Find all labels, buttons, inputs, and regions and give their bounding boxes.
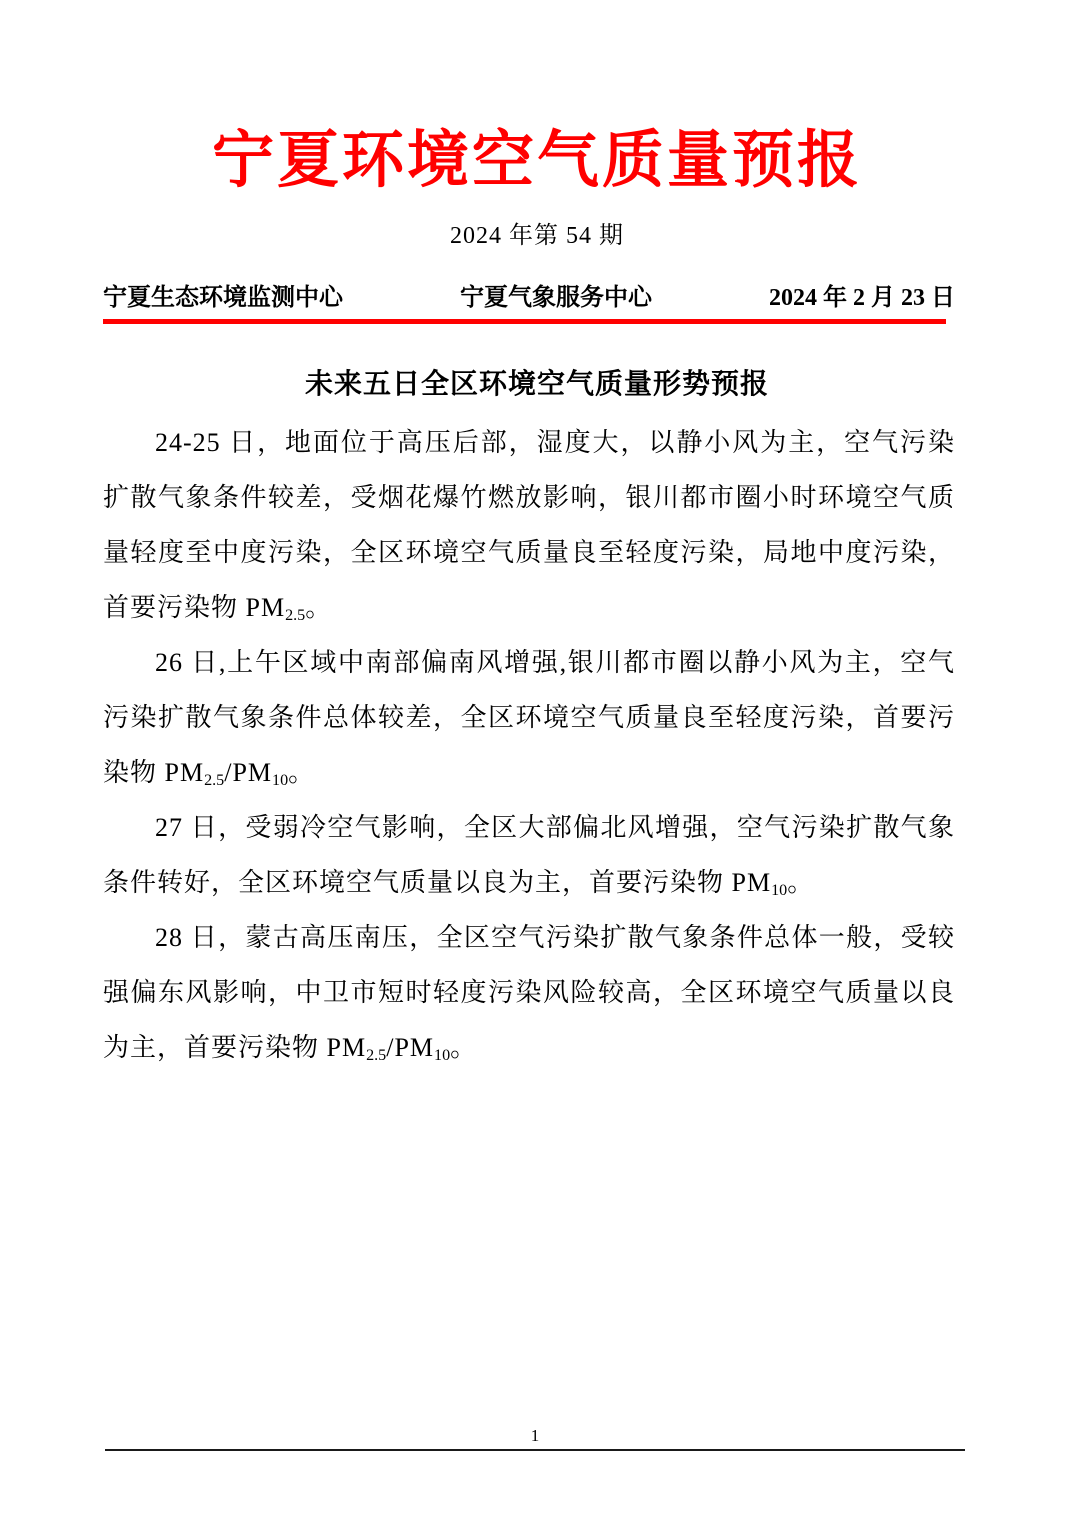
document-page: 宁夏环境空气质量预报 2024 年第 54 期 宁夏生态环境监测中心 宁夏气象服…: [0, 0, 1074, 1520]
forecast-paragraph-24-25: 24-25 日，地面位于高压后部，湿度大，以静小风为主，空气污染扩散气象条件较差…: [103, 415, 955, 635]
text-run: /PM: [224, 758, 272, 787]
issue-number: 2024 年第 54 期: [0, 215, 1074, 250]
subscript-text-run: 2.5: [285, 607, 305, 624]
footer-divider-line: [105, 1449, 965, 1451]
text-run: 。: [305, 593, 332, 622]
header-block: 宁夏生态环境监测中心 宁夏气象服务中心 2024 年 2 月 23 日: [103, 277, 955, 324]
subscript-text-run: 10: [272, 772, 288, 789]
text-run: 27 日，受弱冷空气影响，全区大部偏北风增强，空气污染扩散气象条件转好，全区环境…: [103, 813, 955, 897]
forecast-paragraph-28: 28 日，蒙古高压南压，全区空气污染扩散气象条件总体一般，受较强偏东风影响，中卫…: [103, 910, 955, 1075]
text-run: 。: [288, 758, 315, 787]
page-number: 1: [105, 1424, 965, 1448]
forecast-paragraph-27: 27 日，受弱冷空气影响，全区大部偏北风增强，空气污染扩散气象条件转好，全区环境…: [103, 800, 955, 910]
text-run: 24-25 日，地面位于高压后部，湿度大，以静小风为主，空气污染扩散气象条件较差…: [103, 428, 955, 622]
subscript-text-run: 2.5: [366, 1047, 386, 1064]
org-monitoring-center: 宁夏生态环境监测中心: [103, 277, 343, 312]
document-body: 24-25 日，地面位于高压后部，湿度大，以静小风为主，空气污染扩散气象条件较差…: [103, 415, 955, 1075]
text-run: /PM: [386, 1033, 434, 1062]
subscript-text-run: 10: [771, 882, 787, 899]
text-run: 。: [450, 1033, 477, 1062]
subscript-text-run: 10: [434, 1047, 450, 1064]
forecast-paragraph-26: 26 日,上午区域中南部偏南风增强,银川都市圈以静小风为主，空气污染扩散气象条件…: [103, 635, 955, 800]
document-title: 宁夏环境空气质量预报: [0, 0, 1074, 197]
section-title: 未来五日全区环境空气质量形势预报: [0, 362, 1074, 402]
subscript-text-run: 2.5: [204, 772, 224, 789]
org-meteorological-center: 宁夏气象服务中心: [460, 277, 652, 312]
red-divider-line: [103, 319, 946, 324]
text-run: 28 日，蒙古高压南压，全区空气污染扩散气象条件总体一般，受较强偏东风影响，中卫…: [103, 923, 955, 1062]
header-info-row: 宁夏生态环境监测中心 宁夏气象服务中心 2024 年 2 月 23 日: [103, 277, 955, 312]
text-run: 。: [787, 868, 814, 897]
issue-date: 2024 年 2 月 23 日: [769, 277, 955, 312]
page-footer: 1: [105, 1424, 965, 1451]
